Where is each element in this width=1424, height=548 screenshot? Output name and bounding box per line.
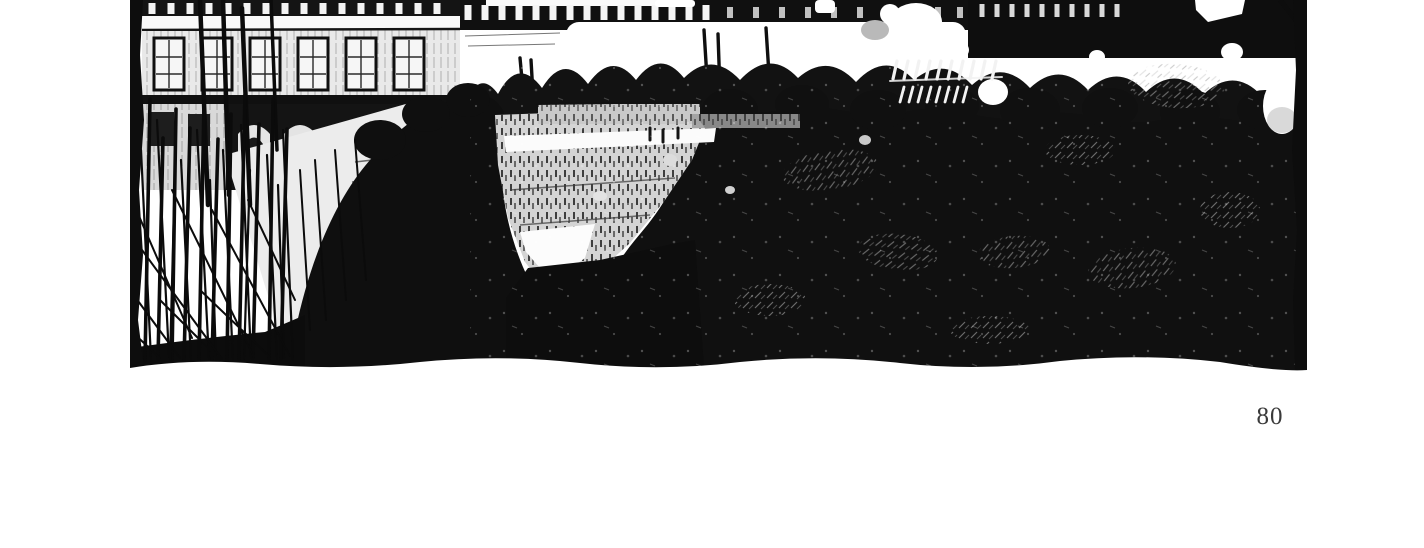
- book-page: 80: [0, 0, 1424, 548]
- ink-drawing-svg: [130, 0, 1307, 380]
- park-illustration: [130, 0, 1307, 380]
- speckle-overlay: [470, 60, 1307, 375]
- page-number: 80: [1248, 403, 1292, 431]
